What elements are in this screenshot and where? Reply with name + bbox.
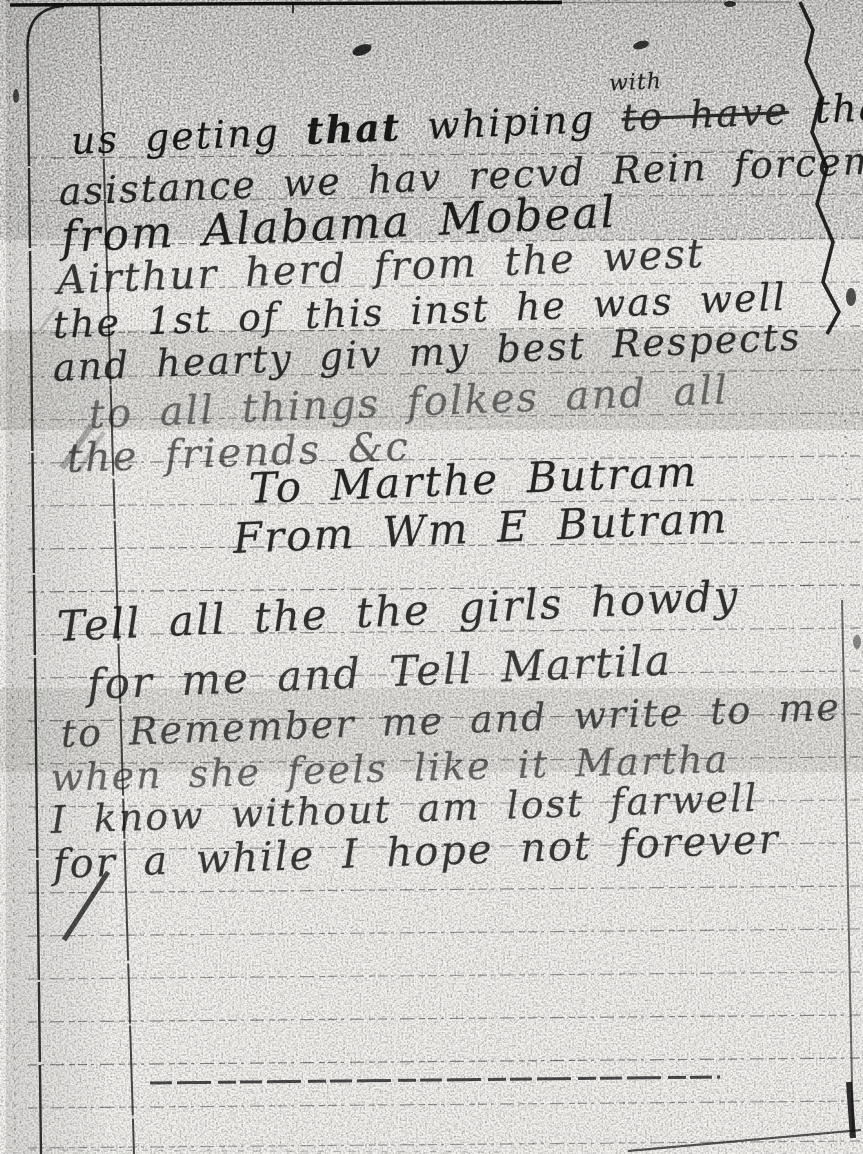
interlinear-insertion: with — [609, 69, 663, 96]
handwriting-text: whiping — [400, 96, 622, 149]
struck-word: to have — [621, 89, 790, 140]
handwriting-text: that — [305, 104, 402, 153]
letter-page: us geting that whiping to have thatwitha… — [0, 0, 863, 1154]
handwriting-layer: us geting that whiping to have thatwitha… — [0, 0, 863, 1154]
handwriting-text: us geting — [70, 109, 307, 163]
handwriting-text: that — [788, 84, 863, 133]
